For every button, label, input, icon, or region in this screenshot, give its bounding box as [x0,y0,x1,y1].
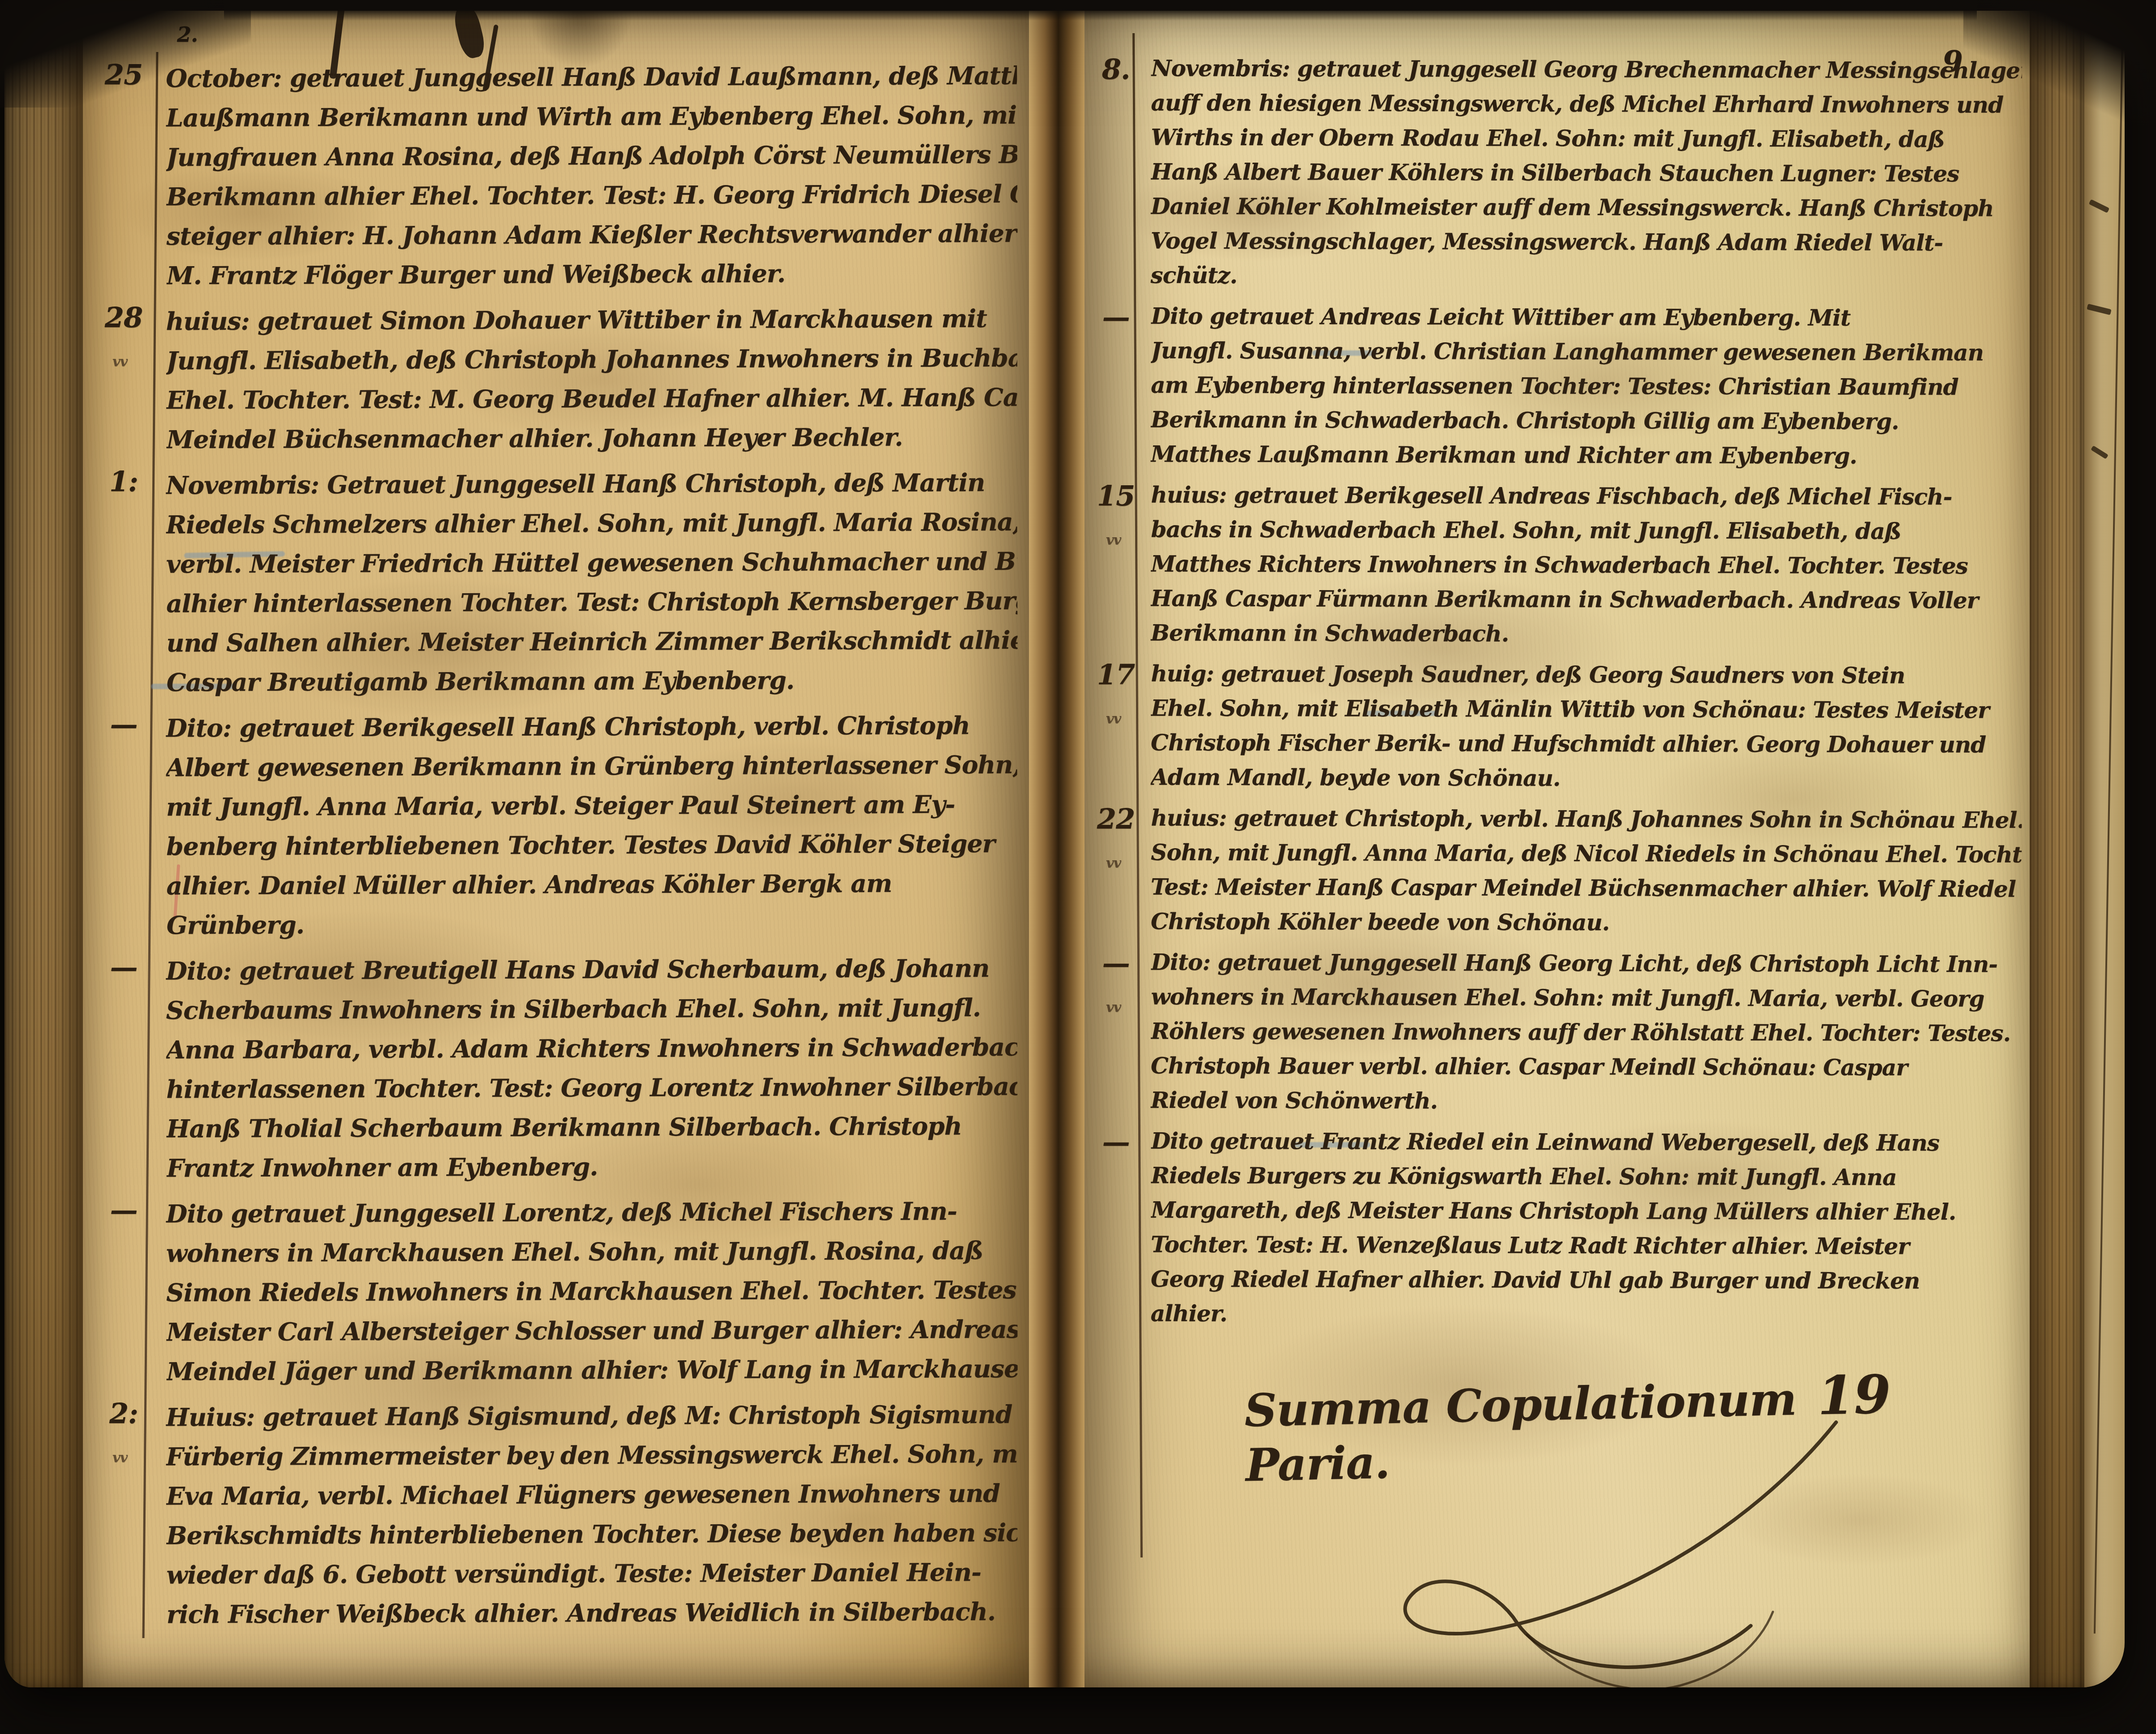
left-page: 2. 25October: getrauet Junggesell Hanß D… [83,11,1029,1687]
right-page: 9 8.Novembris: getrauet Junggesell Georg… [1084,11,2030,1687]
margin-day-number: 2: [95,1397,153,1430]
register-line: Wirths in der Obern Rodau Ehel. Sohn: mi… [1151,120,2022,156]
next-leaf-ink-trace [2087,304,2112,315]
register-entry: —vvDito: getrauet Junggesell Hanß Georg … [1151,946,2022,1118]
margin-day-number: 1: [95,465,153,498]
margin-day-number: — [95,708,153,741]
register-line: Eva Maria, verbl. Michael Flügners gewes… [166,1474,1017,1516]
left-page-entries: 25October: getrauet Junggesell Hanß Davi… [166,57,1017,1639]
margin-rule-line [1132,33,1143,1557]
register-line: Adam Mandl, beyde von Schönau. [1151,759,2022,796]
register-line: Dito: getrauet Junggesell Hanß Georg Lic… [1151,945,2022,981]
entry-text: huig: getrauet Joseph Saudner, deß Georg… [1151,656,2022,796]
entry-text: Huius: getrauet Hanß Sigismund, deß M: C… [166,1395,1018,1635]
register-line: wohners in Marckhausen Ehel. Sohn: mit J… [1151,979,2022,1016]
register-line: Dito: getrauet Berikgesell Hanß Christop… [166,706,1017,748]
register-line: huius: getrauet Simon Dohauer Wittiber i… [166,299,1017,341]
entry-text: huius: getrauet Berikgesell Andreas Fisc… [1150,477,2022,652]
register-line: October: getrauet Junggesell Hanß David … [166,56,1017,99]
entry-text: Dito getrauet Andreas Leicht Wittiber am… [1150,298,2022,473]
entry-text: Dito: getrauet Berikgesell Hanß Christop… [166,706,1018,945]
entry-text: Dito getrauet Frantz Riedel ein Leinwand… [1150,1123,2022,1333]
entry-text: Novembris: Getrauet Junggesell Hanß Chri… [166,463,1018,703]
register-line: Novembris: Getrauet Junggesell Hanß Chri… [166,463,1017,505]
register-entry: —Dito getrauet Junggesell Lorentz, deß M… [166,1193,1017,1390]
register-line: Fürberig Zimmermeister bey den Messingsw… [166,1434,1017,1477]
register-line: Ehel. Sohn, mit Elisabeth Mänlin Wittib … [1151,690,2022,727]
register-line: Novembris: getrauet Junggesell Georg Bre… [1151,51,2022,87]
register-line: Sohn, mit Jungfl. Anna Maria, deß Nicol … [1151,835,2022,871]
register-line: Simon Riedels Inwohners in Marckhausen E… [166,1270,1017,1313]
next-leaf-sliver [2084,11,2125,1687]
register-line: Scherbaums Inwohners in Silberbach Ehel.… [166,988,1017,1031]
register-entry: 1:Novembris: Getrauet Junggesell Hanß Ch… [166,464,1017,701]
next-leaf-rule-line [2094,38,2123,1634]
margin-check-mark: vv [1106,1000,1121,1015]
margin-day-number: 17 [1093,658,1138,691]
register-entry: 25October: getrauet Junggesell Hanß Davi… [166,57,1017,294]
margin-day-number: — [1093,1126,1138,1158]
register-line: Caspar Breutigamb Berikmann am Eybenberg… [167,660,1018,703]
margin-day-number: 25 [95,58,153,91]
register-line: Albert gewesenen Berikmann in Grünberg h… [166,745,1017,788]
register-line: Hanß Caspar Fürmann Berikmann in Schwade… [1151,581,2022,617]
register-line: Dito: getrauet Breutigell Hans David Sch… [166,949,1017,991]
register-line: Jungfl. Susanna, verbl. Christian Langha… [1151,333,2022,370]
margin-check-mark: vv [1106,711,1121,727]
register-line: benberg hinterbliebenen Tochter. Testes … [166,824,1017,867]
register-line: Huius: getrauet Hanß Sigismund, deß M: C… [166,1395,1017,1437]
register-line: schütz. [1150,258,2021,294]
margin-check-mark: vv [1106,855,1121,871]
register-line: Jungfl. Elisabeth, deß Christoph Johanne… [166,338,1017,381]
register-line: Dito getrauet Junggesell Lorentz, deß Mi… [166,1191,1017,1234]
summary-count: 19 [1811,1363,1897,1427]
summary-unit: Paria. [1245,1436,1390,1492]
next-leaf-ink-trace [2091,445,2109,459]
register-line: Frantz Inwohner am Eybenberg. [167,1146,1018,1188]
register-entry: —Dito: getrauet Breutigell Hans David Sc… [166,950,1017,1186]
register-line: Berikmann in Schwaderbach. [1150,615,2021,652]
register-line: Riedel von Schönwerth. [1150,1083,2021,1119]
register-entry: —Dito getrauet Frantz Riedel ein Leinwan… [1151,1125,2022,1332]
register-entry: 22vvhuius: getrauet Christoph, verbl. Ha… [1151,802,2022,940]
left-page-edge-stack [4,11,83,1687]
entry-text: October: getrauet Junggesell Hanß David … [166,56,1018,296]
right-page-entries: 8.Novembris: getrauet Junggesell Georg B… [1151,52,2022,1484]
register-entry: 8.Novembris: getrauet Junggesell Georg B… [1151,52,2022,293]
register-line: und Salhen alhier. Meister Heinrich Zimm… [166,621,1017,663]
margin-check-mark: vv [112,354,127,370]
register-line: bachs in Schwaderbach Ehel. Sohn, mit Ju… [1151,512,2022,548]
margin-check-mark: vv [1106,532,1121,548]
register-line: Christoph Köhler beede von Schönau. [1151,904,2022,940]
register-line: Margareth, deß Meister Hans Christoph La… [1151,1192,2022,1229]
register-line: verbl. Meister Friedrich Hüttel gewesene… [166,542,1017,584]
entry-text: Novembris: getrauet Junggesell Georg Bre… [1150,51,2022,294]
register-line: alhier. [1150,1296,2021,1333]
register-line: Matthes Richters Inwohners in Schwaderba… [1151,546,2022,583]
register-entry: —Dito: getrauet Berikgesell Hanß Christo… [166,707,1017,944]
margin-day-number: — [95,951,153,983]
margin-day-number: — [95,1194,153,1226]
register-line: huig: getrauet Joseph Saudner, deß Georg… [1151,656,2022,693]
register-line: Christoph Bauer verbl. alhier. Caspar Me… [1151,1048,2022,1085]
top-margin-note: 2. [177,22,198,47]
register-line: wieder daß 6. Gebott versündigt. Teste: … [166,1553,1017,1595]
register-line: Test: Meister Hanß Caspar Meindel Büchse… [1151,869,2022,906]
register-line: hinterlassenen Tochter. Test: Georg Lore… [166,1067,1017,1109]
margin-day-number: 28 [95,301,153,334]
register-line: Riedels Burgers zu Königswarth Ehel. Soh… [1151,1158,2022,1195]
entry-text: huius: getrauet Christoph, verbl. Hanß J… [1151,800,2022,940]
register-line: Dito getrauet Frantz Riedel ein Leinwand… [1151,1123,2022,1160]
margin-day-number: 22 [1093,802,1138,835]
register-line: Christoph Fischer Berik- und Hufschmidt … [1151,725,2022,762]
register-entry: 2:vvHuius: getrauet Hanß Sigismund, deß … [166,1396,1017,1633]
register-line: auff den hiesigen Messingswerck, deß Mic… [1151,85,2022,122]
register-line: Meindel Jäger und Berikmann alhier: Wolf… [166,1349,1017,1392]
register-line: am Eybenberg hinterlassenen Tochter: Tes… [1151,367,2022,404]
register-line: alhier. Daniel Müller alhier. Andreas Kö… [166,863,1017,906]
register-line: wohners in Marckhausen Ehel. Sohn, mit J… [166,1231,1017,1273]
register-line: Matthes Laußmann Berikman und Richter am… [1150,436,2021,473]
ink-damage-blot [452,11,488,60]
register-line: steiger alhier: H. Johann Adam Kießler R… [166,214,1017,256]
register-line: Meindel Büchsenmacher alhier. Johann Hey… [166,417,1017,460]
register-line: Dito getrauet Andreas Leicht Wittiber am… [1151,298,2022,335]
register-line: Jungfrauen Anna Rosina, deß Hanß Adolph … [166,135,1017,177]
margin-day-number: 15 [1093,479,1138,512]
register-line: Meister Carl Albersteiger Schlosser und … [166,1310,1017,1352]
register-line: Röhlers gewesenen Inwohners auff der Röh… [1151,1014,2022,1050]
register-line: Ehel. Tochter. Test: M. Georg Beudel Haf… [166,378,1017,420]
register-line: Laußmann Berikmann und Wirth am Eybenber… [166,95,1017,138]
manuscript-photo: { "document": { "kind": "church marriage… [0,0,2156,1734]
right-page-edge-stack [2030,11,2084,1687]
register-line: Anna Barbara, verbl. Adam Richters Inwoh… [166,1027,1017,1070]
entry-text: Dito getrauet Junggesell Lorentz, deß Mi… [166,1191,1018,1392]
entry-text: Dito: getrauet Breutigell Hans David Sch… [166,949,1018,1188]
register-line: Daniel Köhler Kohlmeister auff dem Messi… [1151,189,2022,225]
summary-text: Summa Copulationum [1244,1372,1812,1436]
register-line: Grünberg. [167,903,1018,945]
register-entry: 28vvhuius: getrauet Simon Dohauer Wittib… [166,300,1017,458]
register-line: huius: getrauet Christoph, verbl. Hanß J… [1151,800,2022,837]
register-line: Vogel Messingschlager, Messingswerck. Ha… [1150,223,2021,260]
register-line: Berikschmidts hinterbliebenen Tochter. D… [166,1513,1017,1556]
register-entry: —Dito getrauet Andreas Leicht Wittiber a… [1151,300,2022,472]
book-gutter [1029,11,1084,1687]
register-line: M. Frantz Flöger Burger und Weißbeck alh… [167,253,1018,296]
register-entry: 15vvhuius: getrauet Berikgesell Andreas … [1151,479,2022,651]
register-entry: 17vvhuig: getrauet Joseph Saudner, deß G… [1151,657,2022,795]
register-line: Georg Riedel Hafner alhier. David Uhl ga… [1151,1261,2022,1298]
register-line: alhier hinterlassenen Tochter. Test: Chr… [166,581,1017,624]
register-line: Riedels Schmelzers alhier Ehel. Sohn, mi… [166,502,1017,545]
next-leaf-ink-trace [2089,199,2110,213]
register-line: huius: getrauet Berikgesell Andreas Fisc… [1151,477,2022,514]
margin-check-mark: vv [112,1450,127,1466]
margin-day-number: — [1093,301,1138,333]
summary-line: Summa Copulationum 19 Paria. [1150,1360,2023,1494]
register-line: Berikmann in Schwaderbach. Christoph Gil… [1151,402,2022,439]
open-register-book: 2. 25October: getrauet Junggesell Hanß D… [4,11,2125,1687]
entry-text: Dito: getrauet Junggesell Hanß Georg Lic… [1150,945,2022,1119]
register-line: mit Jungfl. Anna Maria, verbl. Steiger P… [166,785,1017,827]
margin-day-number: — [1093,947,1138,979]
entry-text: huius: getrauet Simon Dohauer Wittiber i… [166,299,1017,460]
register-line: rich Fischer Weißbeck alhier. Andreas We… [167,1592,1018,1635]
register-line: Hanß Albert Bauer Köhlers in Silberbach … [1151,154,2022,191]
register-line: Hanß Tholial Scherbaum Berikmann Silberb… [166,1106,1017,1149]
register-line: Tochter. Test: H. Wenzeßlaus Lutz Radt R… [1151,1227,2022,1264]
register-line: Berikmann alhier Ehel. Tochter. Test: H.… [166,174,1017,217]
margin-day-number: 8. [1093,53,1138,86]
